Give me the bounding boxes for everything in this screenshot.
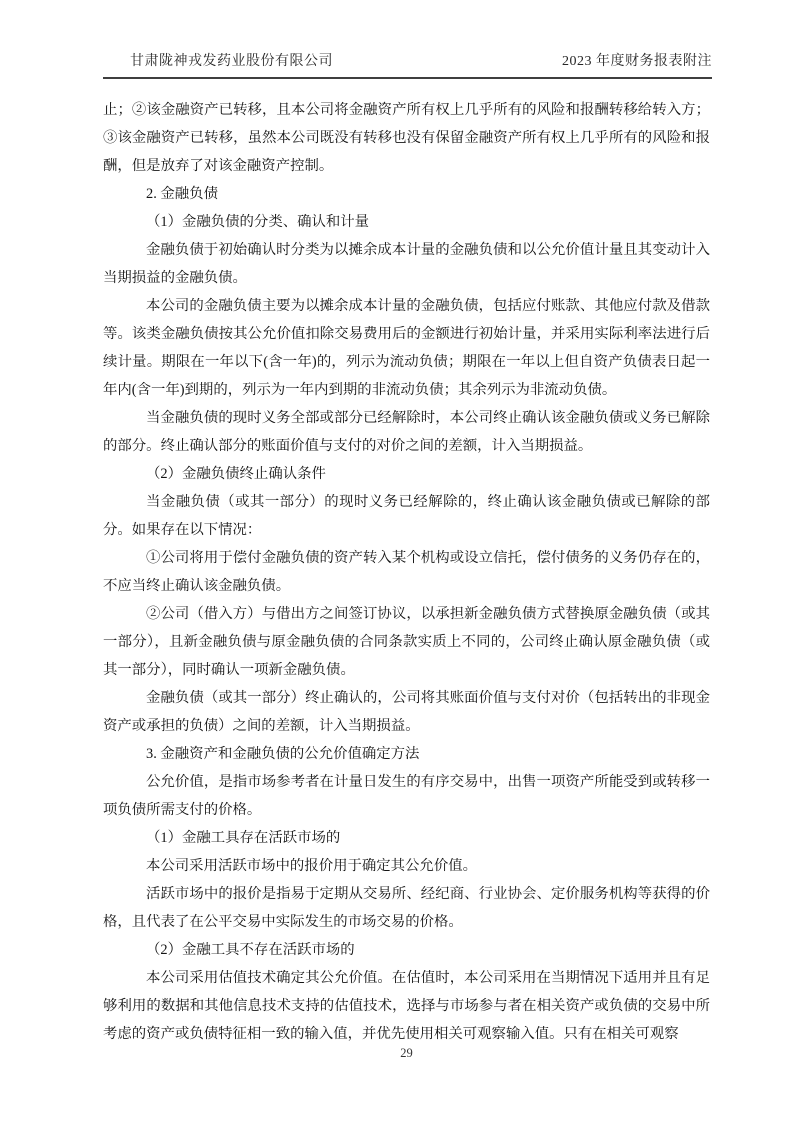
paragraph: 金融负债于初始确认时分类为以摊余成本计量的金融负债和以公允价值计量且其变动计入当… [103, 236, 710, 292]
paragraph: ②公司（借入方）与借出方之间签订协议，以承担新金融负债方式替换原金融负债（或其一… [103, 600, 710, 684]
paragraph: 止；②该金融资产已转移，且本公司将金融资产所有权上几乎所有的风险和报酬转移给转入… [103, 96, 710, 180]
paragraph: 活跃市场中的报价是指易于定期从交易所、经纪商、行业协会、定价服务机构等获得的价格… [103, 880, 710, 936]
page-footer: 29 [103, 1046, 710, 1061]
paragraph: 本公司采用活跃市场中的报价用于确定其公允价值。 [103, 852, 710, 880]
document-page: 甘肃陇神戎发药业股份有限公司 2023 年度财务报表附注 止；②该金融资产已转移… [0, 0, 794, 1122]
paragraph: （2）金融工具不存在活跃市场的 [103, 936, 710, 964]
page-number: 29 [400, 1046, 413, 1060]
paragraph: 当金融负债的现时义务全部或部分已经解除时，本公司终止确认该金融负债或义务已解除的… [103, 404, 710, 460]
paragraph: 金融负债（或其一部分）终止确认的，公司将其账面价值与支付对价（包括转出的非现金资… [103, 684, 710, 740]
paragraph: 3. 金融资产和金融负债的公允价值确定方法 [103, 740, 710, 768]
paragraph: （2）金融负债终止确认条件 [103, 460, 710, 488]
paragraph: （1）金融负债的分类、确认和计量 [103, 208, 710, 236]
paragraph: 本公司的金融负债主要为以摊余成本计量的金融负债，包括应付账款、其他应付款及借款等… [103, 292, 710, 404]
paragraph: 当金融负债（或其一部分）的现时义务已经解除的，终止确认该金融负债或已解除的部分。… [103, 488, 710, 544]
paragraph: ①公司将用于偿付金融负债的资产转入某个机构或设立信托，偿付债务的义务仍存在的，不… [103, 544, 710, 600]
paragraph: 本公司采用估值技术确定其公允价值。在估值时，本公司采用在当期情况下适用并且有足够… [103, 964, 710, 1048]
paragraph: 公允价值，是指市场参考者在计量日发生的有序交易中，出售一项资产所能受到或转移一项… [103, 768, 710, 824]
page-header: 甘肃陇神戎发药业股份有限公司 2023 年度财务报表附注 [103, 50, 712, 79]
document-body: 止；②该金融资产已转移，且本公司将金融资产所有权上几乎所有的风险和报酬转移给转入… [103, 96, 710, 1048]
header-company-name: 甘肃陇神戎发药业股份有限公司 [103, 50, 333, 70]
paragraph: （1）金融工具存在活跃市场的 [103, 824, 710, 852]
header-report-title: 2023 年度财务报表附注 [562, 50, 712, 70]
paragraph: 2. 金融负债 [103, 180, 710, 208]
